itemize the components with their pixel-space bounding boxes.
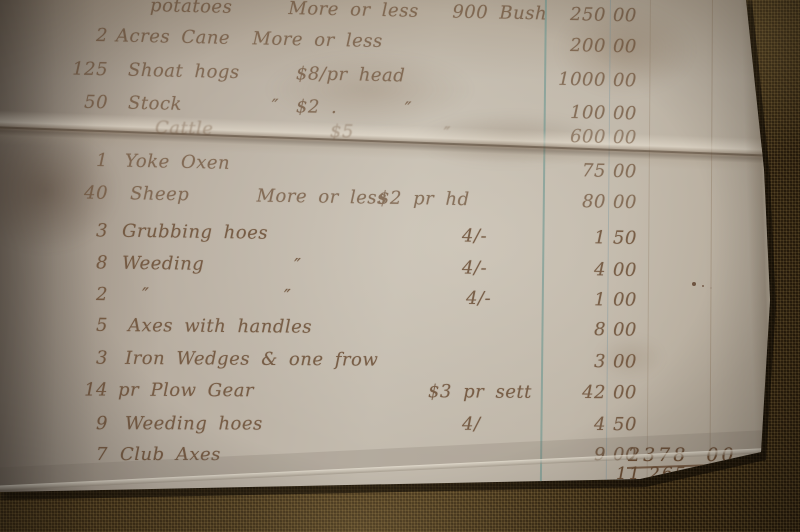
- row-description: Yoke Oxen: [125, 151, 231, 174]
- row-rate: 4/-: [466, 288, 491, 309]
- row-description: Shoat hogs: [128, 60, 240, 83]
- row-description: Cattle: [155, 117, 214, 139]
- row-description: Iron Wedges & one frow: [125, 348, 378, 371]
- row-description: pr Plow Gear: [118, 380, 254, 402]
- row-unit-price: $3 pr sett: [428, 381, 532, 403]
- ink-specks: [692, 282, 696, 286]
- row-quantity: 2: [62, 284, 108, 305]
- row-quantity: 5: [62, 315, 108, 336]
- row-unit-price: $2 pr hd: [378, 188, 470, 211]
- row-amount-cents: 00: [613, 36, 637, 57]
- row-amount-dollars: 1000: [534, 68, 606, 91]
- row-amount-dollars: 4: [534, 258, 606, 280]
- ledger-row: 3 Iron Wedges & one frow 3 00: [0, 347, 790, 381]
- ledger-row: 14 pr Plow Gear $3 pr sett 42 00: [0, 379, 790, 411]
- row-description: Weeding ″: [122, 253, 302, 277]
- row-amount-dollars: 1: [534, 289, 606, 311]
- row-amount-cents: 00: [613, 5, 637, 26]
- row-amount-cents: 50: [613, 228, 637, 249]
- row-amount-dollars: 1: [534, 226, 606, 248]
- row-quantity: 9: [62, 413, 108, 434]
- paper-sheet: potatoes More or less 900 Bush 250 00 2 …: [0, 0, 800, 532]
- row-quantity: 50: [62, 91, 108, 113]
- row-amount-cents: 50: [613, 414, 637, 435]
- row-quantity: 8: [62, 252, 108, 274]
- row-unit-price: $2 . ″: [296, 96, 412, 119]
- row-quantity: 3: [62, 220, 108, 242]
- row-quantity: 2: [62, 24, 108, 46]
- row-amount-cents: 00: [613, 289, 637, 310]
- row-amount-dollars: 100: [534, 101, 606, 124]
- row-description: Sheep More or less: [130, 183, 387, 208]
- row-amount-dollars: 75: [534, 159, 606, 182]
- row-quantity: 3: [62, 347, 108, 368]
- row-amount-cents: 00: [613, 161, 637, 182]
- row-amount-cents: 00: [613, 382, 637, 403]
- row-quantity: [62, 115, 108, 116]
- row-amount-dollars: 4: [534, 414, 606, 435]
- row-description: Acres Cane More or less: [116, 25, 383, 52]
- row-amount-dollars: 250: [534, 3, 606, 26]
- row-description: potatoes More or less 900 Bush: [150, 0, 547, 24]
- row-amount-cents: 00: [613, 127, 637, 148]
- row-unit-price: $8/pr head: [296, 63, 406, 86]
- row-rate: 4/: [462, 414, 481, 435]
- row-amount-cents: 00: [613, 103, 637, 124]
- row-description: Stock ″: [128, 93, 279, 117]
- row-quantity: 1: [62, 149, 108, 171]
- row-amount-cents: 00: [613, 260, 637, 281]
- row-quantity: 125: [62, 58, 108, 80]
- row-amount-cents: 00: [613, 192, 637, 213]
- row-amount-cents: 00: [613, 351, 637, 372]
- row-description: Axes with handles: [128, 315, 312, 338]
- row-description: ″ ″: [142, 284, 291, 307]
- row-unit-price: $5 ″: [330, 121, 451, 145]
- row-amount-cents: 00: [613, 70, 637, 91]
- row-amount-dollars: 42: [534, 382, 606, 403]
- row-quantity: 14: [62, 379, 108, 400]
- row-amount-dollars: 3: [534, 351, 606, 373]
- row-description: Weeding hoes: [125, 413, 263, 434]
- row-amount-dollars: 8: [534, 319, 606, 341]
- row-rate: 4/-: [462, 257, 487, 278]
- row-rate: 4/-: [462, 225, 487, 246]
- row-amount-dollars: 80: [534, 190, 606, 212]
- row-description: Grubbing hoes: [122, 221, 268, 244]
- row-amount-dollars: 600: [534, 125, 606, 148]
- row-quantity: 40: [62, 182, 108, 204]
- row-amount-cents: 00: [613, 319, 637, 340]
- row-amount-dollars: 200: [534, 34, 606, 57]
